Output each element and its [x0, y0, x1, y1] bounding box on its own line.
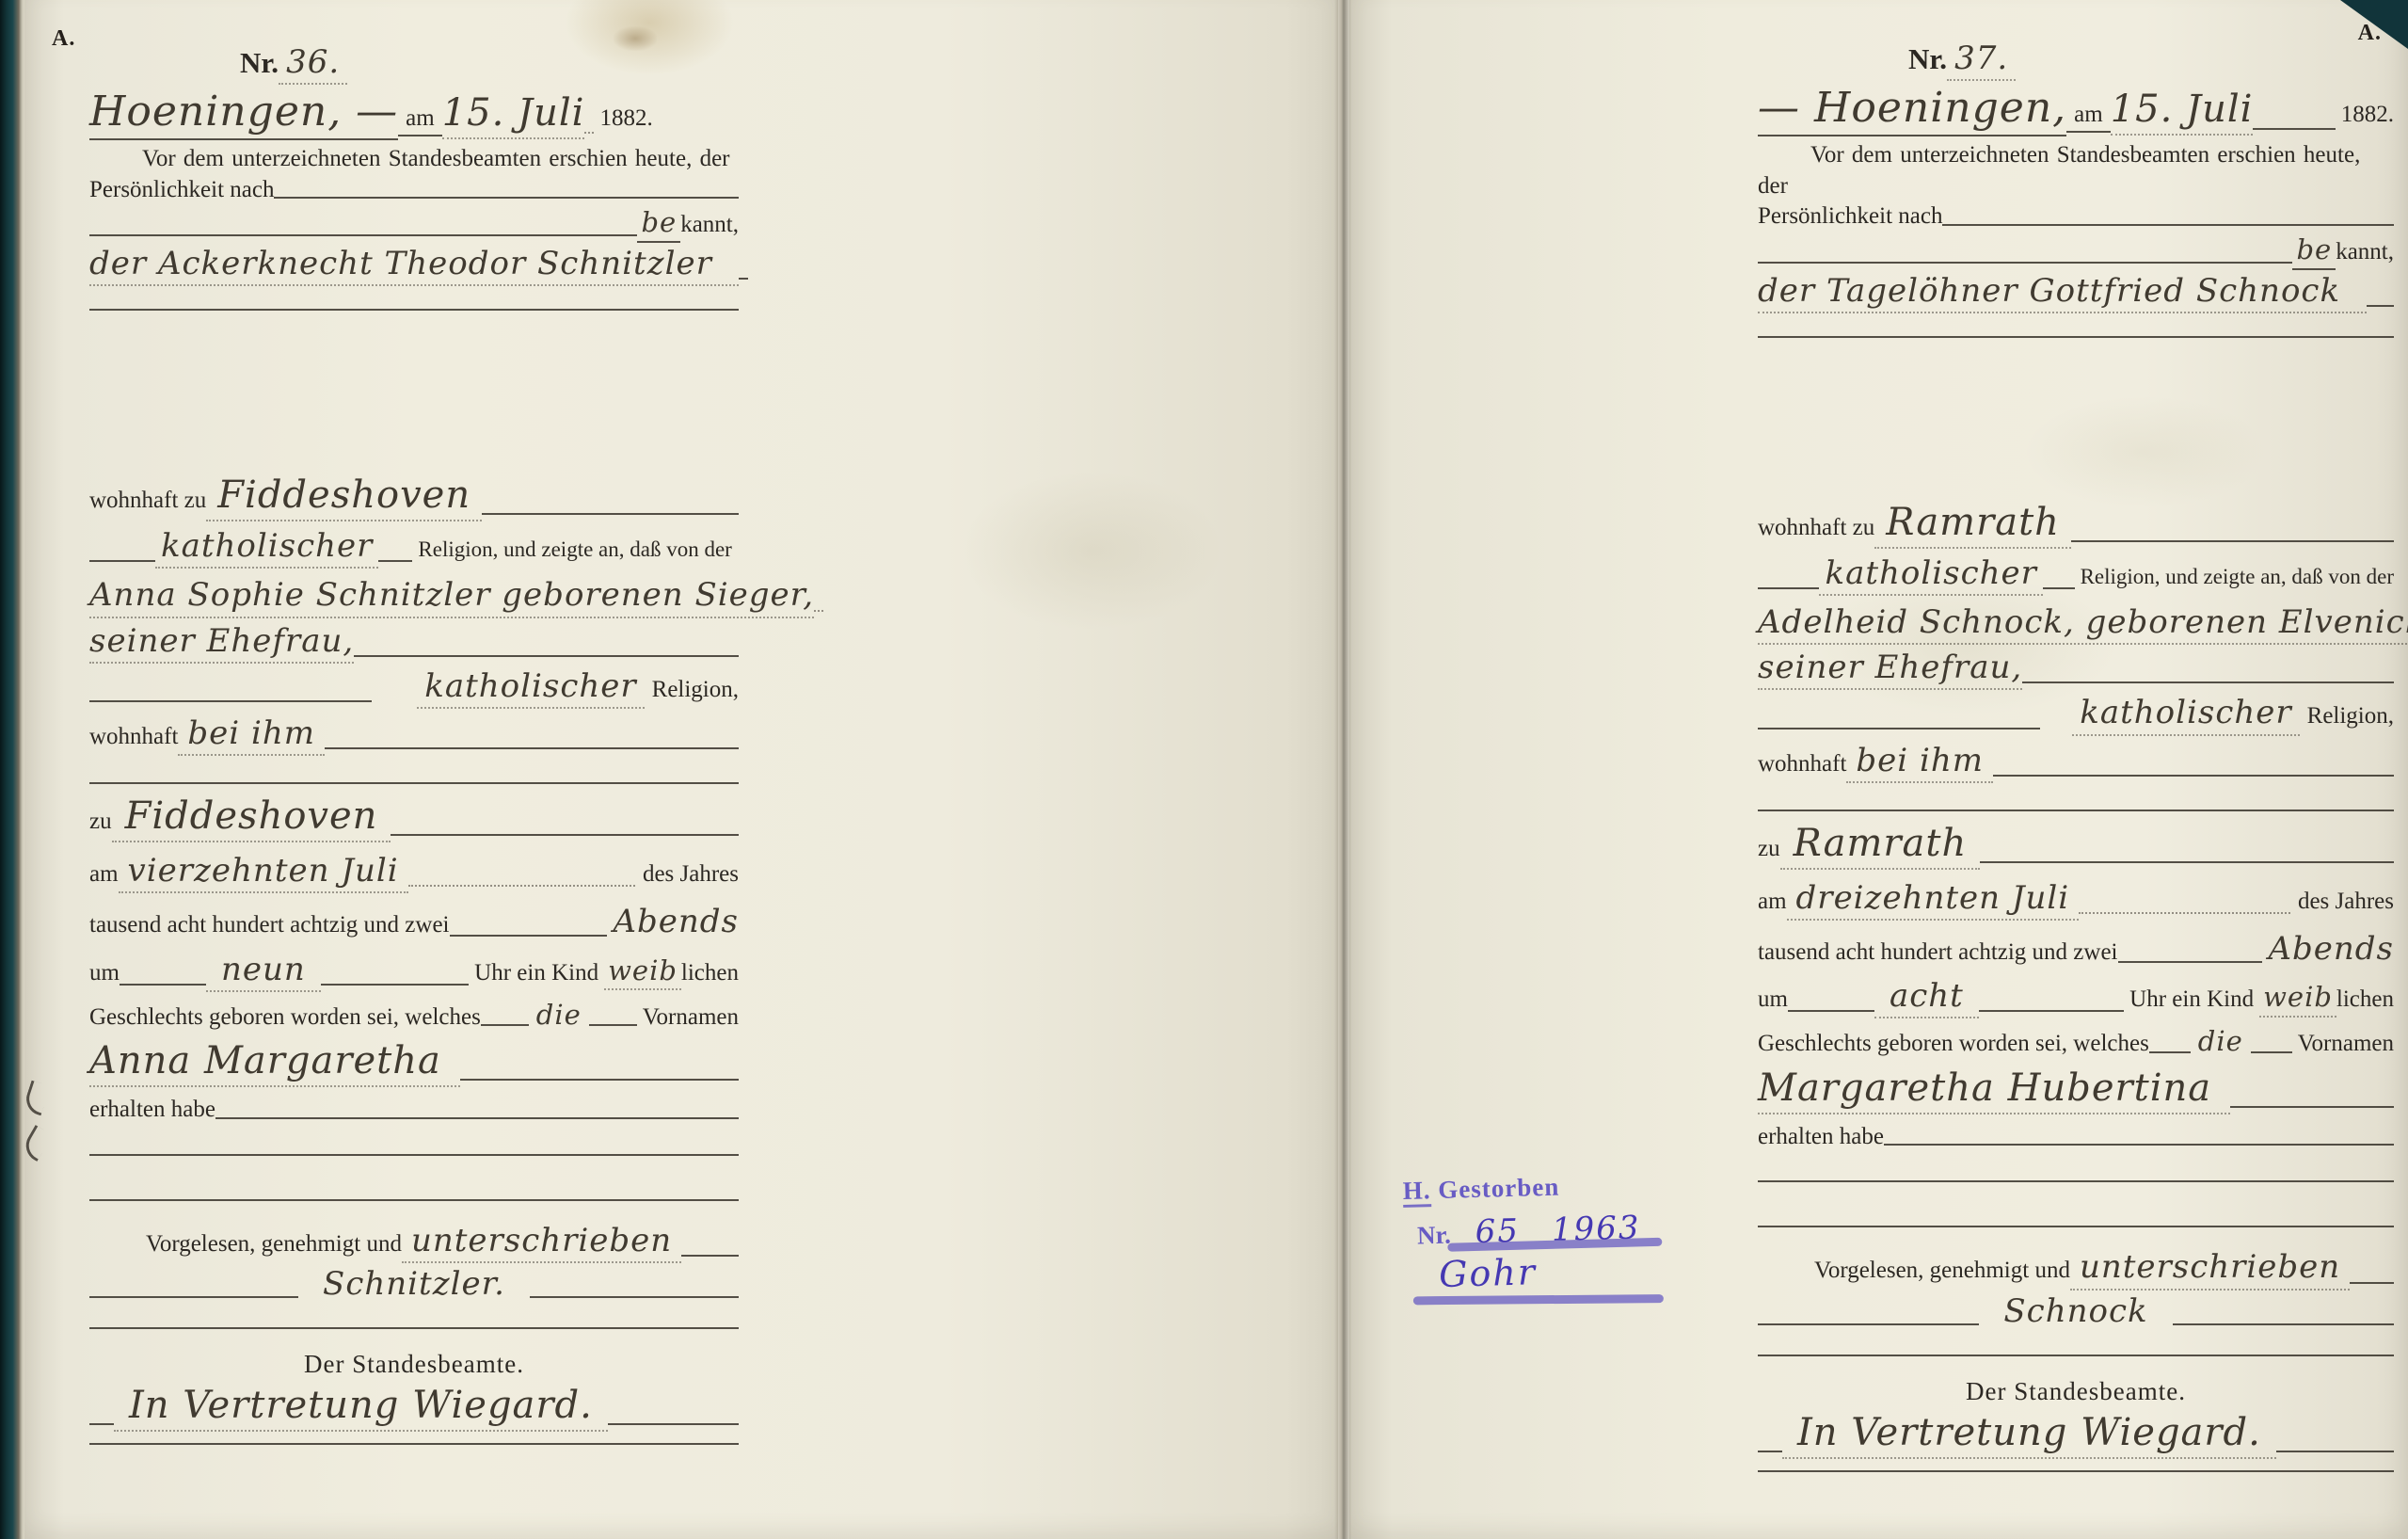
- child-name-entry: Anna Margaretha: [89, 1036, 460, 1087]
- stamp-heading-word: Gestorben: [1438, 1173, 1560, 1204]
- unterschrieben-entry: unterschrieben: [2070, 1246, 2350, 1290]
- uhr-ein-kind-label: Uhr ein Kind: [2129, 985, 2254, 1016]
- page-gutter-fold: [1334, 0, 1351, 1539]
- form-rule: [2350, 1282, 2394, 1284]
- declarant-line: der Ackerknecht Theodor Schnitzler: [89, 243, 739, 286]
- stamp-nr-label: Nr.: [1417, 1221, 1452, 1251]
- form-rule: [584, 132, 594, 134]
- uhr-ein-kind-label: Uhr ein Kind: [474, 958, 598, 989]
- form-rule: [681, 1255, 739, 1257]
- form-rule: [391, 834, 739, 836]
- bekannt-suffix: kannt,: [680, 210, 739, 241]
- form-rule: [1758, 808, 2394, 811]
- mother-line: Anna Sophie Schnitzler geborenen Sieger,: [89, 574, 739, 617]
- form-rule: [2173, 1323, 2394, 1325]
- ehefrau-entry: seiner Ehefrau,: [89, 620, 354, 664]
- mother-religion-line: katholischer Religion,: [1758, 692, 2394, 735]
- official-signature-line: In Vertretung Wiegard.: [1758, 1408, 2394, 1459]
- form-rule: [1979, 1010, 2124, 1012]
- place-date-line: Hoeningen, — am 15. Juli 1882.: [89, 85, 524, 140]
- geschlechts-label: Geschlechts geboren worden sei, welches: [1758, 1029, 2149, 1060]
- child-name-line: Anna Margaretha: [89, 1036, 739, 1087]
- year-words-line: tausend acht hundert achtzig und zwei Ab…: [1758, 928, 2394, 970]
- mother-line: Adelheid Schnock, geborenen Elvenich,: [1758, 601, 2394, 645]
- religion-zeigte-label: Religion, und zeigte an, daß von der: [418, 536, 731, 564]
- persoenlichkeit-line: Persönlichkeit nach: [89, 175, 739, 206]
- am-label: am: [2066, 100, 2111, 133]
- form-rule: [482, 513, 739, 515]
- form-rule: [2022, 681, 2394, 683]
- erhalten-habe-label: erhalten habe: [89, 1095, 215, 1126]
- form-rule: [354, 655, 739, 657]
- form-rule: [1758, 587, 1819, 589]
- signature-line: Schnitzler.: [89, 1263, 739, 1305]
- time-of-day-entry: Abends: [613, 901, 739, 942]
- nr-label: Nr.: [1908, 40, 1947, 78]
- zu-label: zu: [89, 807, 112, 838]
- form-rule: [1758, 262, 2292, 264]
- official-signature-line: In Vertretung Wiegard.: [89, 1381, 739, 1432]
- birthplace-entry: Ramrath: [1780, 819, 1981, 870]
- article-entry: die: [529, 998, 589, 1034]
- form-rule: [460, 1079, 739, 1081]
- declarant-signature: Schnock: [1979, 1291, 2172, 1332]
- geschlecht-line: Geschlechts geboren worden sei, welches …: [89, 998, 739, 1034]
- form-rule: [89, 1197, 739, 1201]
- wohnhaft-label: wohnhaft: [1758, 749, 1846, 780]
- tausend-label: tausend acht hundert achtzig und zwei: [89, 910, 450, 941]
- form-rule: [321, 984, 469, 986]
- form-rule: [2149, 1051, 2191, 1053]
- bei-ihm-entry: bei ihm: [178, 713, 325, 756]
- form-rule: [739, 278, 748, 280]
- ehefrau-entry: seiner Ehefrau,: [1758, 647, 2022, 690]
- year-label: 1882.: [2341, 100, 2394, 131]
- form-rule: [1980, 861, 2394, 863]
- unterschrieben-entry: unterschrieben: [402, 1220, 681, 1263]
- stamp-number-line: Nr. 65 1963: [1416, 1208, 1686, 1252]
- stamp-heading-initial: H.: [1402, 1176, 1431, 1208]
- birthday-line: am vierzehnten Juli des Jahres: [89, 850, 739, 893]
- form-rule: [1758, 1323, 1979, 1325]
- vornamen-label: Vornamen: [643, 1002, 739, 1034]
- form-rule: [120, 984, 206, 986]
- form-rule: [89, 234, 637, 236]
- form-rule: [1758, 1178, 2394, 1182]
- form-rule: [814, 610, 823, 612]
- child-name-entry: Margaretha Hubertina: [1758, 1064, 2230, 1114]
- vorgelesen-line: Vorgelesen, genehmigt und unterschrieben: [146, 1220, 739, 1263]
- um-label: um: [89, 958, 120, 989]
- bekannt-prefix-entry: be: [2292, 232, 2336, 270]
- gender-entry: weib: [2259, 980, 2336, 1018]
- geschlechts-label: Geschlechts geboren worden sei, welches: [89, 1002, 481, 1034]
- form-rule: [1942, 224, 2394, 226]
- place-entry: — Hoeningen,: [1758, 81, 2066, 136]
- form-rule: [89, 1296, 298, 1298]
- book-binding: [0, 0, 24, 1539]
- form-rule: [89, 1152, 739, 1156]
- form-rule: [2253, 128, 2335, 130]
- declarant-signature: Schnitzler.: [298, 1263, 530, 1305]
- residence-line: wohnhaft zu Fiddeshoven: [89, 471, 739, 521]
- form-rule: [89, 1325, 739, 1329]
- mother-entry: Anna Sophie Schnitzler geborenen Sieger,: [89, 574, 814, 617]
- stamp-number-entry: 65: [1475, 1212, 1520, 1251]
- birthplace-line: zu Ramrath: [1758, 819, 2394, 870]
- form-rule: [2251, 1051, 2292, 1053]
- form-rule: [481, 1024, 529, 1026]
- tausend-label: tausend acht hundert achtzig und zwei: [1758, 938, 2118, 969]
- lichen-suffix-label: lichen: [2336, 985, 2394, 1016]
- date-entry: 15. Juli: [2111, 85, 2254, 136]
- bekannt-suffix: kannt,: [2336, 237, 2394, 268]
- child-name-line: Margaretha Hubertina: [1758, 1064, 2394, 1114]
- record-37: Nr. 37. — Hoeningen, am 15. Juli 1882. V…: [1758, 0, 2394, 1472]
- residence-entry: Ramrath: [1874, 498, 2071, 549]
- birthday-line: am dreizehnten Juli des Jahres: [1758, 877, 2394, 921]
- declarant-entry: der Tagelöhner Gottfried Schnock: [1758, 270, 2367, 313]
- bekannt-prefix-entry: be: [637, 205, 680, 243]
- record-number-line: Nr. 36.: [240, 41, 347, 85]
- am2-label: am: [1758, 887, 1787, 918]
- erhalten-habe-label: erhalten habe: [1758, 1122, 1884, 1153]
- geschlecht-line: Geschlechts geboren worden sei, welches …: [1758, 1024, 2394, 1060]
- des-jahres-label: des Jahres: [2298, 887, 2394, 918]
- nr-label: Nr.: [240, 44, 279, 82]
- birth-register-scan: A. A. Nr. 36. Hoeningen, — am 15. Juli 1…: [0, 0, 2408, 1539]
- form-rule: [378, 560, 412, 562]
- persoenlichkeit-label: Persönlichkeit nach: [1758, 201, 1942, 232]
- stamp-signature: Gohr: [1439, 1251, 1538, 1295]
- record-number: 37.: [1947, 38, 2016, 81]
- am-label: am: [398, 104, 442, 136]
- form-rule: [2079, 912, 2290, 914]
- form-rule: [89, 560, 155, 562]
- persoenlichkeit-line: Persönlichkeit nach: [1758, 201, 2394, 232]
- declarant-entry: der Ackerknecht Theodor Schnitzler: [89, 243, 739, 286]
- vorgelesen-label: Vorgelesen, genehmigt und: [1814, 1256, 2070, 1287]
- vorgelesen-line: Vorgelesen, genehmigt und unterschrieben: [1814, 1246, 2394, 1290]
- residence-entry: Fiddeshoven: [206, 471, 482, 521]
- year-label: 1882.: [599, 104, 652, 135]
- record-number: 36.: [279, 41, 347, 85]
- um-label: um: [1758, 985, 1788, 1016]
- form-rule: [325, 747, 739, 749]
- religion-comma-label: Religion,: [652, 675, 739, 706]
- form-rule: [1758, 1224, 2394, 1227]
- bei-ihm-entry: bei ihm: [1846, 740, 1993, 783]
- record-number-line: Nr. 37.: [1908, 38, 2016, 81]
- ehefrau-line: seiner Ehefrau,: [89, 620, 739, 664]
- intro-line: Vor dem unterzeichneten Standesbeamten e…: [1758, 140, 2394, 201]
- bei-ihm-line: wohnhaft bei ihm: [1758, 740, 2394, 783]
- corner-letter-left: A.: [52, 26, 75, 52]
- standesbeamte-label: Der Standesbeamte.: [1758, 1375, 2394, 1408]
- form-rule: [1788, 1010, 1874, 1012]
- form-rule: [2071, 540, 2394, 542]
- date-entry: 15. Juli: [442, 88, 585, 139]
- form-rule: [1884, 1144, 2394, 1146]
- form-rule: [1758, 1468, 2394, 1472]
- official-signature: In Vertretung Wiegard.: [114, 1381, 608, 1432]
- form-rule: [2276, 1451, 2394, 1452]
- des-jahres-label: des Jahres: [643, 859, 739, 890]
- erhalten-line: erhalten habe: [89, 1095, 739, 1126]
- form-rule: [2118, 961, 2263, 963]
- form-rule: [89, 780, 739, 784]
- vorgelesen-label: Vorgelesen, genehmigt und: [146, 1229, 402, 1260]
- declarant-line: der Tagelöhner Gottfried Schnock: [1758, 270, 2394, 313]
- form-rule: [530, 1296, 739, 1298]
- mother-entry: Adelheid Schnock, geborenen Elvenich,: [1758, 601, 2408, 645]
- official-signature: In Vertretung Wiegard.: [1782, 1408, 2276, 1459]
- bekannt-line: be kannt,: [1758, 232, 2394, 270]
- persoenlichkeit-label: Persönlichkeit nach: [89, 175, 274, 206]
- hour-line: um acht Uhr ein Kind weib lichen: [1758, 975, 2394, 1018]
- stamp-year-entry: 1963: [1551, 1209, 1641, 1248]
- wohnhaft-label: wohnhaft: [89, 722, 178, 753]
- year-words-line: tausend acht hundert achtzig und zwei Ab…: [89, 901, 739, 942]
- form-rule: [1758, 1353, 2394, 1356]
- mother-religion-entry: katholischer: [417, 665, 644, 709]
- stamp-heading: H. Gestorben: [1402, 1169, 1685, 1206]
- form-rule: [89, 1441, 739, 1445]
- form-rule: [89, 307, 739, 311]
- religion-entry: katholischer: [155, 525, 378, 569]
- form-rule: [1758, 334, 2394, 338]
- death-reference-stamp: H. Gestorben Nr. 65 1963 Gohr: [1402, 1169, 1687, 1296]
- standesbeamte-label: Der Standesbeamte.: [89, 1348, 739, 1381]
- bekannt-line: be kannt,: [89, 205, 739, 243]
- record-36: Nr. 36. Hoeningen, — am 15. Juli 1882. V…: [89, 0, 739, 1445]
- wohnhaft-zu-label: wohnhaft zu: [1758, 513, 1874, 544]
- bei-ihm-line: wohnhaft bei ihm: [89, 713, 739, 756]
- article-entry: die: [2191, 1024, 2251, 1060]
- place-date-line: — Hoeningen, am 15. Juli 1882.: [1758, 81, 2394, 136]
- religion-zeigte-label: Religion, und zeigte an, daß von der: [2081, 563, 2394, 591]
- lichen-suffix-label: lichen: [681, 958, 739, 989]
- religion-line: katholischer Religion, und zeigte an, da…: [89, 525, 739, 569]
- margin-scribble-icon: [26, 1082, 55, 1172]
- religion-comma-label: Religion,: [2307, 701, 2394, 732]
- residence-line: wohnhaft zu Ramrath: [1758, 498, 2394, 549]
- form-rule: [89, 700, 372, 702]
- form-rule: [450, 935, 608, 937]
- form-rule: [2230, 1106, 2394, 1108]
- religion-line: katholischer Religion, und zeigte an, da…: [1758, 553, 2394, 596]
- form-rule: [1993, 775, 2394, 777]
- religion-entry: katholischer: [1819, 553, 2042, 596]
- hour-line: um neun Uhr ein Kind weib lichen: [89, 949, 739, 992]
- wohnhaft-zu-label: wohnhaft zu: [89, 486, 206, 517]
- hour-entry: neun: [206, 949, 321, 992]
- mother-religion-line: katholischer Religion,: [89, 665, 739, 709]
- mother-religion-entry: katholischer: [2072, 692, 2299, 735]
- ehefrau-line: seiner Ehefrau,: [1758, 647, 2394, 690]
- form-rule: [274, 197, 739, 199]
- signature-line: Schnock: [1758, 1291, 2394, 1332]
- vornamen-label: Vornamen: [2298, 1029, 2394, 1060]
- birthplace-entry: Fiddeshoven: [112, 792, 391, 842]
- form-rule: [1758, 1451, 1782, 1452]
- zu-label: zu: [1758, 834, 1780, 865]
- birthday-entry: vierzehnten Juli: [119, 850, 408, 893]
- form-rule: [589, 1024, 637, 1026]
- form-rule: [1758, 728, 2040, 729]
- am2-label: am: [89, 859, 119, 890]
- time-of-day-entry: Abends: [2268, 928, 2394, 970]
- form-rule: [408, 885, 635, 887]
- erhalten-line: erhalten habe: [1758, 1122, 2394, 1153]
- form-rule: [608, 1423, 739, 1425]
- intro-line: Vor dem unterzeichneten Standesbeamten e…: [89, 144, 739, 175]
- form-rule: [89, 1423, 114, 1425]
- hour-entry: acht: [1874, 975, 1979, 1018]
- place-entry: Hoeningen, —: [89, 85, 398, 140]
- birthday-entry: dreizehnten Juli: [1787, 877, 2080, 921]
- stamp-signature-line: Gohr: [1439, 1247, 1688, 1295]
- birthplace-line: zu Fiddeshoven: [89, 792, 739, 842]
- form-rule: [2367, 305, 2394, 307]
- gender-entry: weib: [604, 954, 681, 991]
- form-rule: [2043, 587, 2075, 589]
- form-rule: [215, 1117, 739, 1119]
